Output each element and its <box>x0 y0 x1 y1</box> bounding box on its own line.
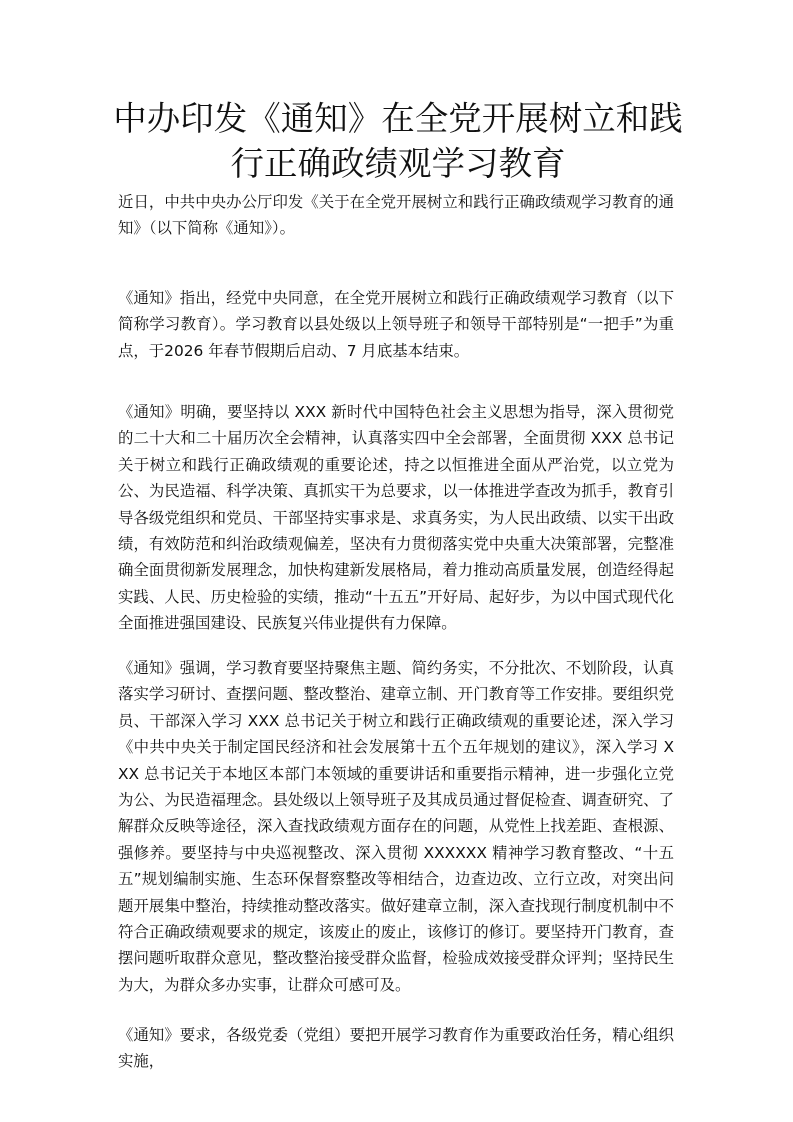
title-line-1: 中办印发《通知》在全党开展树立和践 <box>113 99 683 138</box>
paragraph-notice-points-out: 《通知》指出，经党中央同意，在全党开展树立和践行正确政绩观学习教育（以下简称学习… <box>118 285 674 364</box>
paragraph-notice-requires: 《通知》要求，各级党委（党组）要把开展学习教育作为重要政治任务，精心组织实施， <box>118 1022 674 1075</box>
title-line-2: 行正确政绩观学习教育 <box>231 144 566 183</box>
document-page: 中办印发《通知》在全党开展树立和践 行正确政绩观学习教育 近日，中共中央办公厅印… <box>0 0 793 1122</box>
paragraph-notice-emphasizes: 《通知》强调，学习教育要坚持聚焦主题、简约务实，不分批次、不划阶段，认真落实学习… <box>118 655 674 998</box>
document-title: 中办印发《通知》在全党开展树立和践 行正确政绩观学习教育 <box>110 96 686 186</box>
paragraph-intro: 近日，中共中央办公厅印发《关于在全党开展树立和践行正确政绩观学习教育的通知》（以… <box>118 189 674 242</box>
paragraph-notice-clarifies: 《通知》明确，要坚持以 XXX 新时代中国特色社会主义思想为指导，深入贯彻党的二… <box>118 399 674 637</box>
